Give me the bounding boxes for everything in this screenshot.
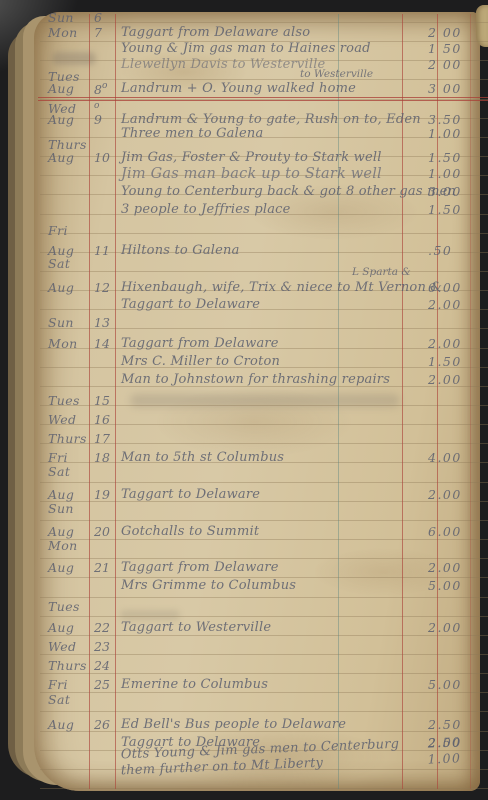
amount-value: 3.00 bbox=[428, 184, 482, 199]
interlinear-insertion: L Sparta & bbox=[352, 266, 411, 278]
entry-text: Gotchalls to Summit bbox=[121, 524, 259, 539]
ledger-row: Fri bbox=[0, 223, 488, 240]
entry-text: Man to Johnstown for thrashing repairs bbox=[121, 372, 390, 387]
entry-text: Landrum + O. Young walked home bbox=[121, 81, 356, 96]
day-label: Sat bbox=[48, 464, 90, 479]
date-superscript-mark: o bbox=[94, 101, 99, 111]
entry-text: 3 people to Jeffries place bbox=[121, 202, 291, 217]
amount-value: 6.00 bbox=[428, 524, 482, 539]
day-label: Fri bbox=[48, 450, 90, 465]
day-label: Aug bbox=[48, 524, 90, 539]
entry-text: Jim Gas man back up to Stark well bbox=[121, 166, 382, 182]
amount-value: 2.00 bbox=[428, 487, 482, 502]
date-number: 19 bbox=[94, 487, 110, 502]
day-label: Mon bbox=[48, 25, 90, 40]
date-label: 23 bbox=[94, 639, 120, 654]
date-number: 24 bbox=[94, 658, 110, 673]
entry-text: Landrum & Young to gate, Rush on to, Ede… bbox=[121, 112, 421, 127]
amount-value: 6.00 bbox=[428, 280, 482, 295]
ledger-row: Mrs Grimme to Columbus5.00 bbox=[0, 578, 488, 595]
day-label: Aug bbox=[48, 717, 90, 732]
date-number: 18 bbox=[94, 450, 110, 465]
entry-text: Mrs C. Miller to Croton bbox=[121, 354, 280, 369]
ruled-line bbox=[40, 482, 488, 483]
date-number: 22 bbox=[94, 620, 110, 635]
date-label: 12 bbox=[94, 280, 120, 295]
ruled-line bbox=[40, 597, 488, 598]
ledger-row: Thurs24 bbox=[0, 658, 488, 675]
ledger-row: Sun bbox=[0, 501, 488, 518]
entry-text: Emerine to Columbus bbox=[121, 677, 268, 692]
date-number: 17 bbox=[94, 431, 110, 446]
entry-text: Man to 5th st Columbus bbox=[121, 450, 284, 465]
date-label: 15 bbox=[94, 393, 120, 408]
date-label: 16 bbox=[94, 412, 120, 427]
amount-value: 1.50 bbox=[428, 202, 482, 217]
ledger-row: Young to Centerburg back & got 8 other g… bbox=[0, 184, 488, 201]
day-label: Mon bbox=[48, 336, 90, 351]
day-label: Sat bbox=[48, 692, 90, 707]
date-number: 20 bbox=[94, 524, 110, 539]
amount-value: 1.00 bbox=[427, 750, 482, 767]
amount-value: 2.00 bbox=[428, 372, 482, 387]
day-label: Fri bbox=[48, 677, 90, 692]
ledger-row: Aug22Taggart to Westerville2.00 bbox=[0, 620, 488, 637]
ledger-row: Sat bbox=[0, 464, 488, 481]
entry-text: Taggart to Delaware bbox=[121, 487, 260, 502]
date-number: 12 bbox=[94, 280, 110, 295]
ledger-row: Aug26Ed Bell's Bus people to Delaware2.5… bbox=[0, 717, 488, 734]
date-number: 23 bbox=[94, 639, 110, 654]
ledger-row: Thurs17 bbox=[0, 431, 488, 448]
day-label: Wed bbox=[48, 412, 90, 427]
day-label: Fri bbox=[48, 223, 90, 238]
date-label: 22 bbox=[94, 620, 120, 635]
ledger-row: Tues15 bbox=[0, 393, 488, 410]
date-number: 6 bbox=[94, 10, 102, 25]
ledger-row: Wed23 bbox=[0, 639, 488, 656]
day-label: Tues bbox=[48, 599, 90, 614]
date-number: 8 bbox=[94, 82, 102, 97]
day-label: Sat bbox=[48, 256, 90, 271]
date-label: 26 bbox=[94, 717, 120, 732]
day-label: Sun bbox=[48, 10, 90, 25]
ruled-line bbox=[40, 788, 488, 789]
entry-text: Taggart from Delaware bbox=[121, 560, 279, 575]
amount-value: 1.50 bbox=[428, 150, 482, 165]
ledger-row: Aug8oLandrum + O. Young walked home3 00 bbox=[0, 81, 488, 98]
date-label: 18 bbox=[94, 450, 120, 465]
ledger-row: Wed16 bbox=[0, 412, 488, 429]
entry-text: Mrs Grimme to Columbus bbox=[121, 578, 296, 593]
entry-text: Young to Centerburg back & got 8 other g… bbox=[121, 184, 456, 199]
ruled-line bbox=[40, 711, 488, 712]
day-label: Aug bbox=[48, 620, 90, 635]
date-number: 25 bbox=[94, 677, 110, 692]
ledger-row: Young & Jim gas man to Haines road1 50 bbox=[0, 41, 488, 58]
date-label: 21 bbox=[94, 560, 120, 575]
ledger-row: Sat bbox=[0, 692, 488, 709]
day-label: Aug bbox=[48, 560, 90, 575]
amount-value: 2.00 bbox=[428, 297, 482, 312]
day-label: Tues bbox=[48, 393, 90, 408]
date-superscript-mark: o bbox=[102, 81, 107, 91]
day-label: Aug bbox=[48, 81, 90, 96]
date-label: 6 bbox=[94, 10, 120, 25]
date-number: 26 bbox=[94, 717, 110, 732]
amount-value: 5.00 bbox=[428, 578, 482, 593]
ruled-line bbox=[40, 520, 488, 521]
date-number: 9 bbox=[94, 112, 102, 127]
entry-text: Young & Jim gas man to Haines road bbox=[121, 41, 371, 56]
day-label: Thurs bbox=[48, 431, 90, 446]
day-label: Aug bbox=[48, 280, 90, 295]
date-label: 14 bbox=[94, 336, 120, 351]
day-label: Sun bbox=[48, 315, 90, 330]
entry-text: Hixenbaugh, wife, Trix & niece to Mt Ver… bbox=[121, 280, 442, 295]
ledger-row: Mon14Taggart from Delaware2.00 bbox=[0, 336, 488, 353]
entry-text: Ed Bell's Bus people to Delaware bbox=[121, 717, 346, 732]
date-label: 20 bbox=[94, 524, 120, 539]
day-label: Aug bbox=[48, 112, 90, 127]
day-label: Mon bbox=[48, 538, 90, 553]
amount-value: 2.50 bbox=[427, 734, 482, 751]
ledger-row: 3 people to Jeffries place1.50 bbox=[0, 202, 488, 219]
ledger-row: Aug12Hixenbaugh, wife, Trix & niece to M… bbox=[0, 280, 488, 297]
ledger-content-layer: Sun6Mon7Taggart from Delaware also2 00Yo… bbox=[0, 0, 488, 800]
date-number: 7 bbox=[94, 25, 102, 40]
ledger-row: Aug10Jim Gas, Foster & Prouty to Stark w… bbox=[0, 150, 488, 167]
entry-text: Taggart to Westerville bbox=[121, 620, 271, 635]
date-label: 13 bbox=[94, 315, 120, 330]
entry-text: Taggart to Delaware bbox=[121, 297, 260, 312]
amount-value: 2.00 bbox=[428, 560, 482, 575]
amount-value: 1 50 bbox=[428, 41, 482, 56]
ledger-row: Mon7Taggart from Delaware also2 00 bbox=[0, 25, 488, 42]
day-label: Thurs bbox=[48, 658, 90, 673]
entry-text: Jim Gas, Foster & Prouty to Stark well bbox=[121, 150, 382, 165]
amount-value: 4.00 bbox=[428, 450, 482, 465]
ledger-row: Mon bbox=[0, 538, 488, 555]
amount-value: 3 00 bbox=[428, 81, 482, 96]
date-number: 21 bbox=[94, 560, 110, 575]
ledger-row: Taggart to Delaware2.00 bbox=[0, 297, 488, 314]
date-label: 10 bbox=[94, 150, 120, 165]
amount-value: 3.50 bbox=[428, 112, 482, 127]
amount-value: 2.00 bbox=[428, 620, 482, 635]
amount-value: 1.50 bbox=[428, 354, 482, 369]
day-label: Wed bbox=[48, 639, 90, 654]
date-number: 16 bbox=[94, 412, 110, 427]
ledger-row: Tues bbox=[0, 599, 488, 616]
date-label: 25 bbox=[94, 677, 120, 692]
amount-value: 2 00 bbox=[428, 25, 482, 40]
ledger-row: Sun13 bbox=[0, 315, 488, 332]
amount-value: 2.00 bbox=[428, 336, 482, 351]
date-number: 10 bbox=[94, 150, 110, 165]
date-label: 24 bbox=[94, 658, 120, 673]
ledger-row: Sat bbox=[0, 256, 488, 273]
interlinear-insertion: to Westerville bbox=[300, 68, 373, 80]
ledger-row: Mrs C. Miller to Croton1.50 bbox=[0, 354, 488, 371]
date-label: 7 bbox=[94, 25, 120, 40]
day-label: Sun bbox=[48, 501, 90, 516]
amount-value: 2.50 bbox=[428, 717, 482, 732]
day-label: Aug bbox=[48, 150, 90, 165]
date-number: 13 bbox=[94, 315, 110, 330]
ledger-row: Man to Johnstown for thrashing repairs2.… bbox=[0, 372, 488, 389]
date-label: 9 bbox=[94, 112, 120, 127]
date-label: 17 bbox=[94, 431, 120, 446]
entry-text: Taggart from Delaware also bbox=[121, 25, 310, 40]
date-label: 8o bbox=[94, 81, 120, 97]
amount-value: 5.00 bbox=[428, 677, 482, 692]
entry-text: Taggart from Delaware bbox=[121, 336, 279, 351]
amount-value: 1.00 bbox=[428, 166, 482, 181]
ledger-row: Jim Gas man back up to Stark well1.00 bbox=[0, 166, 488, 183]
date-number: 15 bbox=[94, 393, 110, 408]
ledger-row: Aug21Taggart from Delaware2.00 bbox=[0, 560, 488, 577]
day-label: Aug bbox=[48, 487, 90, 502]
date-number: 14 bbox=[94, 336, 110, 351]
date-label: 19 bbox=[94, 487, 120, 502]
